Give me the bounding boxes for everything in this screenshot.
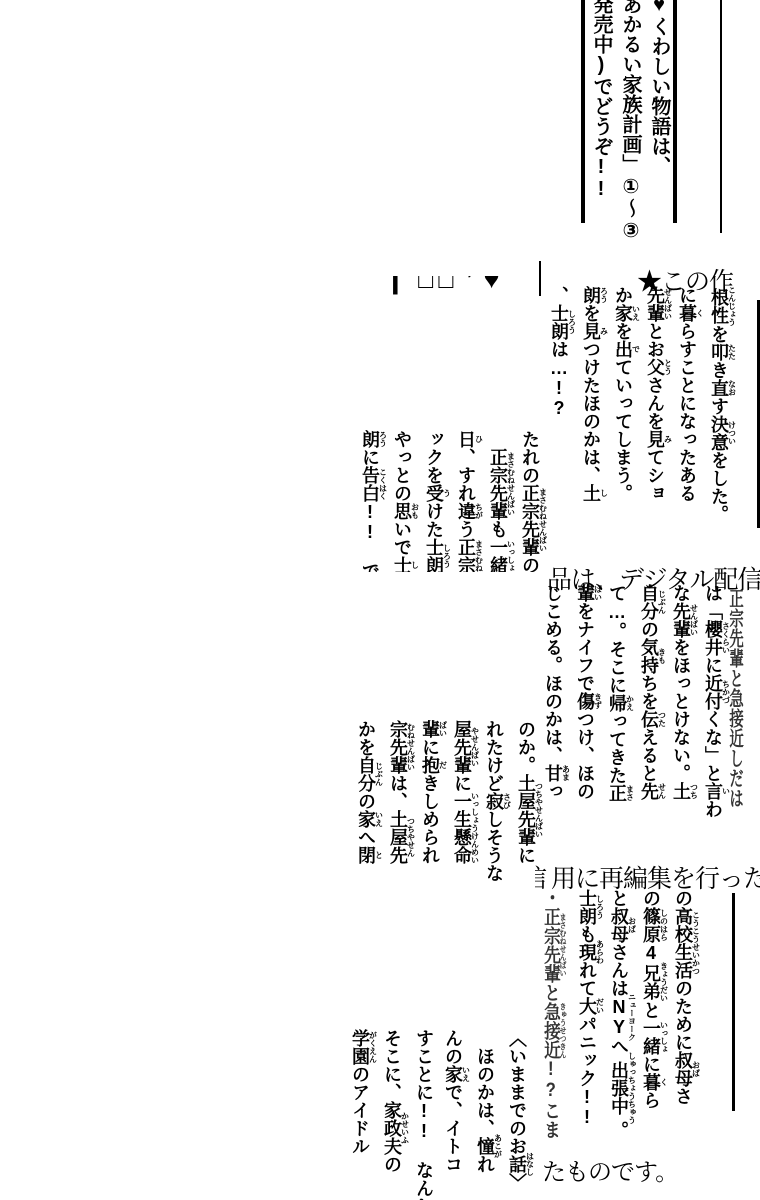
ruby-annotated-text: 正宗まさむね [456, 538, 476, 572]
text-column: かを自分じぶんの家いえへ閉と [351, 720, 383, 892]
text-column: すことに!! なんと [409, 1029, 438, 1200]
recap-block-bottom-right: の高校生活こうこうせいかつのために叔母おばさの篠原しのはら4兄弟きょうだいと一緒… [572, 889, 700, 1123]
ruby-annotated-text: 朗ろう [360, 430, 380, 448]
ruby-annotated-text: 抱だ [420, 756, 440, 774]
text-column: れたけど寂さびしそうな [479, 720, 511, 892]
ruby-annotated-text: 土屋先つちやせん [388, 810, 408, 864]
text-column: ♥くわしい物語は、 [644, 0, 673, 242]
text-column: 朗ろうに告白こくはく!! でも、 [355, 430, 387, 572]
ruby-annotated-text: 学園がくえん [350, 1029, 370, 1065]
ruby-annotated-text: 士朗しろう [577, 889, 597, 925]
ruby-annotated-text: 話はなし [507, 1155, 527, 1173]
ruby-annotated-text: 土屋先輩つちやせんぱい [516, 774, 536, 846]
ruby-annotated-text: NYニューヨーク [609, 997, 629, 1037]
ruby-annotated-text: 現あらわ [577, 943, 597, 961]
ruby-annotated-text: 土つち [671, 782, 691, 800]
text-column: 屋先輩やせんぱいに一生懸命いっしょうけんめい [447, 720, 479, 892]
text-column: 宗先輩むねせんぱいは、土屋先つちやせん [383, 720, 415, 892]
ruby-annotated-text: 士朗しろう [549, 304, 569, 340]
promo-banner-text: ♥くわしい物語は、あかるい家族計画」①〜③発売中)でどうぞ!! [586, 0, 673, 242]
recap-block-left-b: のか。土屋先輩つちやせんぱいにれたけど寂さびしそうな屋先輩やせんぱいに一生懸命い… [351, 720, 543, 892]
text-column: 正宗先輩と急接近しだは [724, 588, 745, 818]
ruby-annotated-text: 家政夫かせいふ [382, 1101, 402, 1155]
ruby-annotated-text: 朗ろう [581, 286, 601, 304]
text-column: な先輩せんぱいをほっとけない。土つち [666, 584, 698, 820]
ruby-annotated-text: 違ちが [456, 502, 476, 520]
ruby-annotated-text: 先輩せんぱい [645, 286, 665, 322]
text-column: んの家いえで、イトコ [438, 1029, 470, 1200]
text-column: 先輩せんぱいとお父とうさんを見みてショ [640, 286, 672, 532]
ruby-annotated-text: 気持きも [639, 638, 659, 674]
ruby-annotated-text: 出で [613, 340, 633, 358]
text-column: やっとの思おもいで士し [387, 430, 419, 572]
ruby-annotated-text: 伝つた [639, 710, 659, 728]
ruby-annotated-text: 士朗しろう [424, 538, 444, 572]
text-column: ・正宗先輩まさむねせんぱいと急接近きゅうせつきん!?こま [538, 888, 567, 1118]
ruby-annotated-text: 見み [581, 322, 601, 340]
recap-block-left-a: たれの正宗先輩まさむねせんぱいの 正宗先輩まさむねせんぱいも一緒いっしょに日ひ、… [355, 430, 547, 572]
recap-block-top: 根性こんじょうを叩たたき直なおす決意けついをした。に暮くらすことになったある先輩… [544, 286, 736, 532]
manga-recap-page: ♥くわしい物語は、あかるい家族計画」①〜③発売中)でどうぞ!! ❙◠゙❜♥❙ ★… [0, 0, 760, 1200]
text-column: 輩ぱいに抱だきしめられ [415, 720, 447, 892]
ruby-annotated-text: 櫻井さくらい [703, 620, 723, 656]
ruby-annotated-text: 一生懸命いっしょうけんめい [452, 792, 472, 864]
ruby-annotated-text: 急接近きゅうせつきん [542, 1002, 560, 1059]
ruby-annotated-text: 寂さび [484, 792, 504, 810]
ruby-annotated-text: 篠原しのはら [641, 907, 661, 943]
short-rule-segment [539, 261, 541, 296]
ruby-annotated-text: 父とう [645, 358, 665, 376]
text-column: ほのかは、憧あこがれ [470, 1029, 502, 1200]
ruby-annotated-text: 一緒いっしょ [488, 538, 508, 572]
text-column: 根性こんじょうを叩たたき直なおす決意けついをした。 [704, 286, 736, 532]
ruby-annotated-text: 宗先輩むねせんぱい [388, 720, 408, 774]
ruby-annotated-text: 受う [424, 484, 444, 502]
ruby-annotated-text: 根性こんじょう [709, 286, 729, 325]
ruby-annotated-text: 輩ぱい [575, 584, 595, 602]
ruby-annotated-text: 高校生活こうこうせいかつ [673, 907, 693, 979]
recap-block-middle: は「櫻井さくらいに近付ちかづくな」と言いわな先輩せんぱいをほっとけない。土つち自… [538, 584, 730, 820]
text-column: 日ひ、すれ違ちがう正宗まさむね [451, 430, 483, 572]
ruby-annotated-text: 輩ぱい [420, 720, 440, 738]
ruby-annotated-text: 傷きず [575, 692, 595, 710]
ruby-annotated-text: 思おも [392, 502, 412, 520]
text-column: と叔母おばさんはNYニューヨークへ出張中しゅっちょうちゅう。 [604, 889, 636, 1123]
ruby-annotated-text: 家いえ [613, 304, 633, 322]
ruby-annotated-text: 閉と [356, 846, 376, 864]
ruby-annotated-text: 言い [703, 782, 723, 800]
ruby-annotated-text: 一緒いっしょ [641, 1019, 661, 1055]
cut-glyph-fragments: ❙◠゙❜♥❙ [384, 276, 502, 299]
ruby-annotated-text: 叔母おば [609, 907, 629, 943]
partial-char-glyph: 信 [535, 859, 549, 889]
text-column: 学園がくえんのアイドル [345, 1029, 377, 1200]
glyph-row: ❙◠゙❜♥❙ [384, 276, 502, 295]
story-so-far-block: 〈いままでのお話はなし〉 ほのかは、憧あこがれんの家いえで、イトコすことに!! … [345, 1029, 534, 1200]
ghost-text-column-bottom: ・正宗先輩まさむねせんぱいと急接近きゅうせつきん!?こま [538, 888, 567, 1118]
text-column: て…。そこに帰かえってきた正まさ [602, 584, 634, 820]
text-column: 発売中)でどうぞ!! [586, 0, 615, 242]
ruby-annotated-text: 家いえ [443, 1065, 463, 1083]
ruby-annotated-text: 憧あこが [475, 1137, 495, 1155]
ruby-annotated-text: 屋先輩やせんぱい [452, 720, 472, 774]
ruby-annotated-text: 甘あま [543, 764, 563, 782]
text-column: あかるい家族計画」①〜③ [615, 0, 644, 242]
text-column: の篠原しのはら4兄弟きょうだいと一緒いっしょに暮くら [636, 889, 668, 1123]
text-column: 〈いままでのお話はなし〉 [502, 1029, 534, 1200]
ruby-annotated-text: 日ひ [456, 430, 476, 448]
ruby-annotated-text: 正宗先輩まさむねせんぱい [542, 907, 560, 983]
ruby-annotated-text: 帰かえ [607, 694, 627, 712]
text-column: か家いえを出でていってしまう。 [608, 286, 640, 532]
ruby-annotated-text: 兄弟きょうだい [641, 963, 661, 1001]
banner-right-rule [673, 0, 677, 223]
text-column: に暮くらすことになったある [672, 286, 704, 532]
ruby-annotated-text: 大だい [577, 997, 597, 1015]
text-column: 自分じぶんの気持きもちを伝つたえると先せん [634, 584, 666, 820]
text-column: の高校生活こうこうせいかつのために叔母おばさ [668, 889, 700, 1123]
ruby-annotated-text: 正宗先輩まさむねせんぱい [520, 484, 540, 556]
ruby-annotated-text: 告白こくはく [360, 466, 380, 502]
digital-edition-notice-seg4: たものです。 [542, 1152, 678, 1187]
partial-char-left: 信 [535, 859, 549, 889]
ruby-annotated-text: 近付ちかづ [703, 674, 723, 710]
ruby-annotated-text: 出張中しゅっちょうちゅう [609, 1055, 629, 1121]
ghost-text-column-mid: 正宗先輩と急接近しだは [724, 588, 745, 818]
ruby-annotated-text: 決意けつい [709, 415, 729, 451]
text-column: ックを受うけた士朗しろう [419, 430, 451, 572]
ruby-annotated-text: 正宗先輩まさむねせんぱい [488, 448, 508, 520]
ruby-annotated-text: 暮く [677, 304, 697, 322]
ruby-annotated-text: 自分じぶん [639, 584, 659, 620]
ruby-annotated-text: 先せん [639, 782, 659, 800]
ruby-annotated-text: 暮く [641, 1073, 661, 1091]
banner-left-rule [581, 0, 585, 223]
page-edge-rule-top [720, 0, 722, 233]
ruby-annotated-text: 家いえ [356, 810, 376, 828]
text-column: 士朗しろうも現あらわれて大だいパニック!! [572, 889, 604, 1123]
text-column: 、士朗しろうは…!? [544, 286, 576, 532]
ruby-annotated-text: 自分じぶん [356, 756, 376, 792]
text-column: たれの正宗先輩まさむねせんぱいの [515, 430, 547, 572]
ruby-annotated-text: 叩たた [709, 343, 729, 361]
text-column: 正宗先輩まさむねせんぱいも一緒いっしょに [483, 430, 515, 572]
bottom-right-rule [732, 893, 735, 1111]
text-column: 朗ろうを見みつけたほのかは、土し [576, 286, 608, 532]
ruby-annotated-text: 先輩せんぱい [671, 602, 691, 638]
ruby-annotated-text: 士し [392, 556, 412, 572]
ruby-annotated-text: 見み [645, 430, 665, 448]
text-column: そこに、家政夫かせいふの [377, 1029, 409, 1200]
ruby-annotated-text: 直なお [709, 379, 729, 397]
ruby-annotated-text: 叔母おば [673, 1051, 693, 1087]
text-column: 輩ぱいをナイフで傷きずつけ、ほの [570, 584, 602, 820]
ruby-annotated-text: 土し [581, 484, 601, 502]
ruby-annotated-text: 正まさ [607, 784, 627, 802]
